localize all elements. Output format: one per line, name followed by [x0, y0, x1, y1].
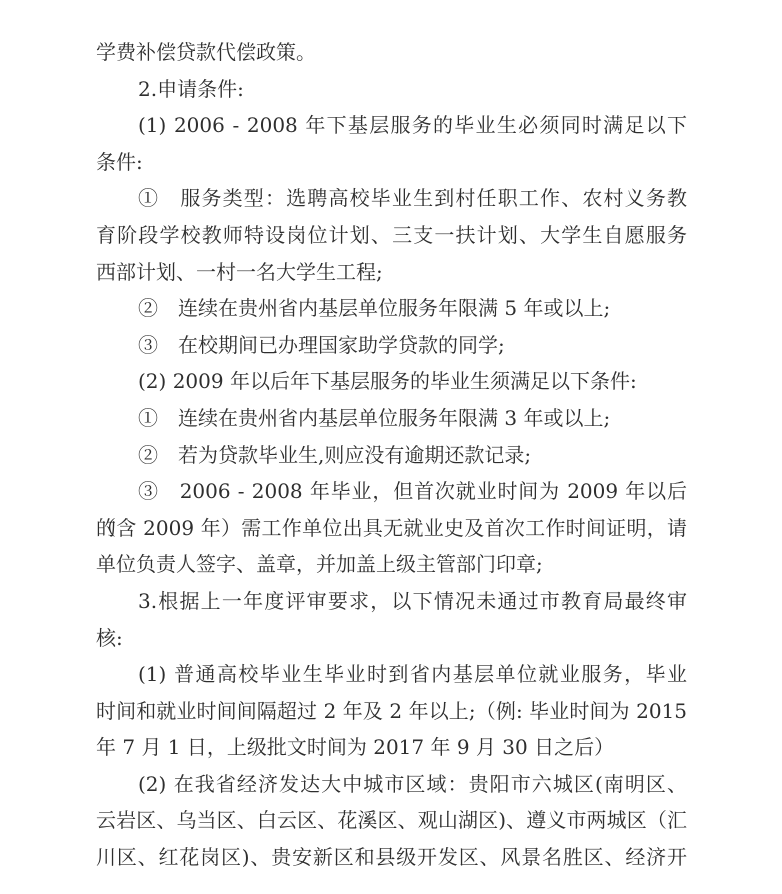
document-page: 学费补偿贷款代偿政策。2.申请条件:(1) 2006 - 2008 年下基层服务… [0, 0, 782, 894]
document-line: 条件: [96, 144, 687, 181]
document-line: ③ 2006 - 2008 年毕业，但首次就业时间为 2009 年以后的 [96, 473, 687, 510]
document-line: ① 服务类型：选聘高校毕业生到村任职工作、农村义务教 [96, 180, 687, 217]
document-line: 2.申请条件: [96, 71, 687, 108]
document-line: ② 连续在贵州省内基层单位服务年限满 5 年或以上; [96, 290, 687, 327]
document-line: 学费补偿贷款代偿政策。 [96, 34, 687, 71]
document-line: 育阶段学校教师特设岗位计划、三支一扶计划、大学生自愿服务 [96, 217, 687, 254]
document-line: (2) 在我省经济发达大中城市区域：贵阳市六城区(南明区、 [96, 766, 687, 803]
document-line: ② 若为贷款毕业生,则应没有逾期还款记录; [96, 437, 687, 474]
document-text-block: 学费补偿贷款代偿政策。2.申请条件:(1) 2006 - 2008 年下基层服务… [96, 34, 687, 876]
document-line: 单位负责人签字、盖章，并加盖上级主管部门印章; [96, 546, 687, 583]
document-line: ③ 在校期间已办理国家助学贷款的同学; [96, 327, 687, 364]
document-line: (1) 2006 - 2008 年下基层服务的毕业生必须同时满足以下 [96, 107, 687, 144]
document-line: ① 连续在贵州省内基层单位服务年限满 3 年或以上; [96, 400, 687, 437]
document-line: (2) 2009 年以后年下基层服务的毕业生须满足以下条件: [96, 363, 687, 400]
document-line: 年 7 月 1 日，上级批文时间为 2017 年 9 月 30 日之后） [96, 729, 687, 766]
document-line: (1) 普通高校毕业生毕业时到省内基层单位就业服务，毕业 [96, 656, 687, 693]
document-line: 云岩区、乌当区、白云区、花溪区、观山湖区)、遵义市两城区（汇 [96, 802, 687, 839]
document-line: 时间和就业时间间隔超过 2 年及 2 年以上;（例: 毕业时间为 2015 [96, 693, 687, 730]
document-line: 川区、红花岗区)、贵安新区和县级开发区、风景名胜区、经济开 [96, 839, 687, 876]
document-line: 3.根据上一年度评审要求，以下情况未通过市教育局最终审 [96, 583, 687, 620]
document-line: 核: [96, 620, 687, 657]
document-line: （含 2009 年）需工作单位出具无就业史及首次工作时间证明，请 [96, 510, 687, 547]
document-line: 西部计划、一村一名大学生工程; [96, 254, 687, 291]
